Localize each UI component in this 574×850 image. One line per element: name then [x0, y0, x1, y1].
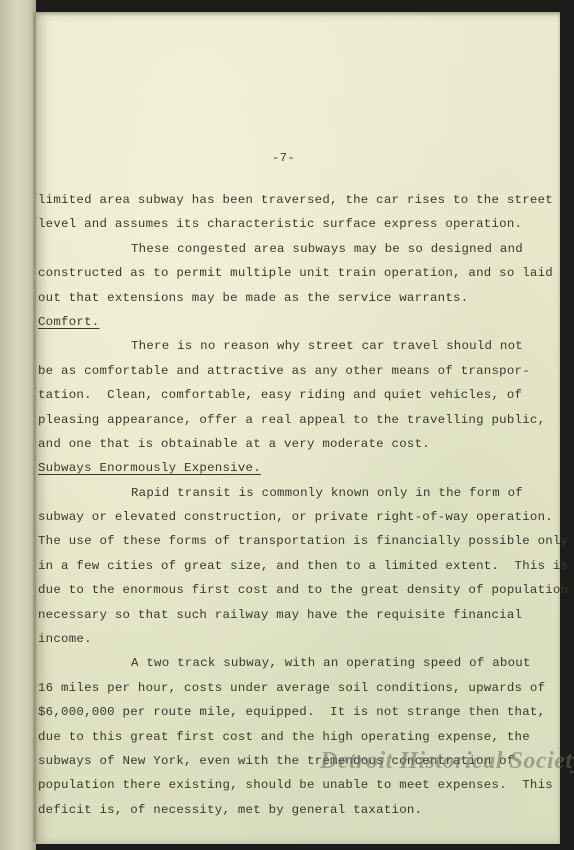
- text-line: constructed as to permit multiple unit t…: [38, 261, 558, 285]
- document-page: -7- limited area subway has been travers…: [36, 12, 560, 844]
- text-line: subway or elevated construction, or priv…: [38, 505, 558, 529]
- text-line: There is no reason why street car travel…: [38, 334, 558, 358]
- text-line: $6,000,000 per route mile, equipped. It …: [38, 700, 558, 724]
- section-heading-text: Subways Enormously Expensive.: [38, 461, 261, 475]
- text-line: The use of these forms of transportation…: [38, 529, 558, 553]
- text-line: in a few cities of great size, and then …: [38, 554, 558, 578]
- text-line: due to the enormous first cost and to th…: [38, 578, 558, 602]
- binding-strip: [0, 0, 36, 850]
- text-line: and one that is obtainable at a very mod…: [38, 432, 558, 456]
- text-line: pleasing appearance, offer a real appeal…: [38, 408, 558, 432]
- section-heading: Subways Enormously Expensive.: [38, 456, 558, 480]
- section-heading-text: Comfort.: [38, 315, 100, 329]
- text-line: Rapid transit is commonly known only in …: [38, 481, 558, 505]
- page-number: -7-: [272, 151, 295, 165]
- watermark: Detroit Historical Society: [320, 748, 574, 775]
- text-line: be as comfortable and attractive as any …: [38, 359, 558, 383]
- text-line: tation. Clean, comfortable, easy riding …: [38, 383, 558, 407]
- document-body: limited area subway has been traversed, …: [38, 188, 558, 822]
- text-line: out that extensions may be made as the s…: [38, 286, 558, 310]
- text-line: necessary so that such railway may have …: [38, 603, 558, 627]
- text-line: limited area subway has been traversed, …: [38, 188, 558, 212]
- text-line: population there existing, should be una…: [38, 773, 558, 797]
- section-heading: Comfort.: [38, 310, 558, 334]
- text-line: These congested area subways may be so d…: [38, 237, 558, 261]
- text-line: 16 miles per hour, costs under average s…: [38, 676, 558, 700]
- scanned-document: -7- limited area subway has been travers…: [0, 0, 574, 850]
- text-line: deficit is, of necessity, met by general…: [38, 798, 558, 822]
- text-line: level and assumes its characteristic sur…: [38, 212, 558, 236]
- text-line: income.: [38, 627, 558, 651]
- text-line: due to this great first cost and the hig…: [38, 725, 558, 749]
- text-line: A two track subway, with an operating sp…: [38, 651, 558, 675]
